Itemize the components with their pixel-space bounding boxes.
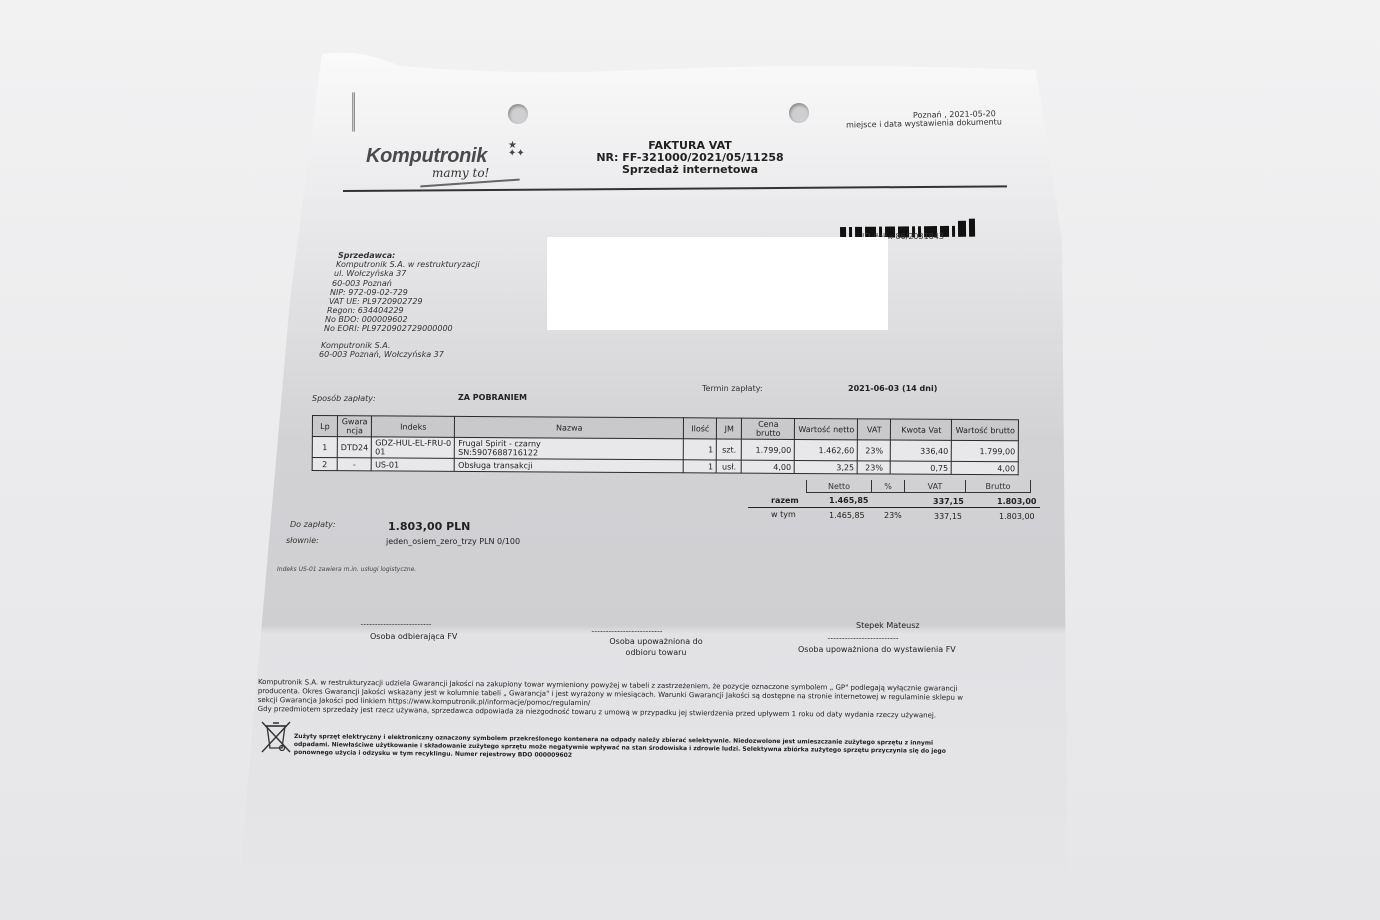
cell-gwarancja: -: [337, 458, 371, 471]
cell-ilosc: 1: [684, 460, 717, 473]
cell-lp: 2: [312, 458, 337, 471]
amount-words-value: jeden_osiem_zero_trzy PLN 0/100: [386, 537, 520, 546]
summary-col-netto: Netto: [807, 480, 872, 493]
summary-total-netto: 1.465,85: [829, 496, 868, 505]
summary-breakdown-label: w tym: [771, 510, 796, 519]
cell-lp: 1: [312, 437, 337, 458]
cell-vat: 23%: [858, 461, 891, 474]
col-wartosc-netto: Wartość netto: [795, 418, 858, 439]
punch-hole-right: [789, 103, 809, 123]
summary-header: Netto % VAT Brutto: [806, 480, 1031, 493]
summary-total-label: razem: [771, 496, 799, 505]
amount-due-label: Do zapłaty:: [290, 520, 336, 529]
cell-wartosc-brutto: 4,00: [952, 461, 1019, 474]
payment-term-label: Termin zapłaty:: [702, 384, 763, 393]
signature-authorized-receive-caption: Osoba upoważniona do odbioru towaru: [598, 636, 714, 658]
caption-line: odbioru towaru: [598, 647, 714, 658]
amount-words-label: słownie:: [286, 536, 319, 545]
staple: [352, 92, 355, 132]
col-indeks: Indeks: [372, 416, 455, 438]
punch-hole-left: [508, 104, 528, 124]
payment-term-value: 2021-06-03 (14 dni): [848, 384, 937, 393]
cell-vat: 23%: [858, 440, 891, 461]
summary-breakdown-pct: 23%: [884, 511, 902, 520]
signature-issuer-caption: Osoba upoważniona do wystawienia FV: [798, 644, 956, 655]
items-table: Lp Gwara ncja Indeks Nazwa Ilość JM Cena…: [312, 415, 1020, 475]
col-jm: JM: [717, 418, 742, 439]
stars-icon: ★✦✦: [508, 142, 525, 158]
cell-indeks: GDZ-HUL-EL-FRU-001: [372, 437, 455, 459]
summary-col-vat: VAT: [905, 480, 966, 493]
signature-receiver-caption: Osoba odbierająca FV: [370, 631, 457, 642]
cell-indeks: US-01: [372, 458, 455, 472]
buyer-redacted-block: [547, 237, 888, 330]
amount-due-value: 1.803,00 PLN: [388, 520, 470, 533]
col-lp: Lp: [312, 416, 337, 437]
col-nazwa: Nazwa: [455, 416, 684, 438]
issuer-name: Stepek Mateusz: [856, 620, 920, 631]
warranty-text: Komputronik S.A. w restrukturyzacji udzi…: [258, 678, 963, 721]
cell-jm: usł.: [717, 460, 742, 473]
crossed-bin-icon: [258, 718, 294, 754]
signature-line-receiver: ........................................…: [360, 618, 431, 627]
cell-kwota-vat: 0,75: [891, 461, 952, 474]
signature-line-issuer: ........................................…: [827, 632, 898, 641]
summary-total-vat: 337,15: [933, 497, 964, 506]
caption-line: Osoba upoważniona do: [598, 636, 714, 647]
cell-cena-brutto: 4,00: [742, 460, 795, 473]
invoice-subtitle: Sprzedaż internetowa: [560, 164, 820, 176]
payment-method-value: ZA POBRANIEM: [458, 393, 527, 402]
cell-wartosc-brutto: 1.799,00: [952, 440, 1019, 461]
col-gwarancja: Gwara ncja: [337, 416, 372, 437]
cell-wartosc-netto: 1.462,60: [795, 439, 858, 460]
brand-logo: Komputronik: [366, 145, 487, 168]
cell-jm: szt.: [717, 439, 742, 460]
col-kwota-vat: Kwota Vat: [891, 419, 952, 440]
invoice-note: Indeks US-01 zawiera m.in. usługi logist…: [277, 566, 416, 573]
cell-nazwa: Obsługa transakcji: [455, 458, 684, 472]
seller-address-line: 60-003 Poznań, Wołczyńska 37: [319, 350, 444, 360]
cell-wartosc-netto: 3,25: [795, 460, 858, 473]
cell-kwota-vat: 336,40: [891, 440, 952, 461]
invoice-photo: Komputronik ★✦✦ mamy to! FAKTURA VAT NR:…: [0, 0, 1380, 920]
col-ilosc: Ilość: [684, 418, 717, 439]
col-vat: VAT: [858, 419, 891, 440]
invoice-title-block: FAKTURA VAT NR: FF-321000/2021/05/11258 …: [560, 140, 820, 176]
summary-breakdown-vat: 337,15: [934, 512, 962, 521]
summary-breakdown-brutto: 1.803,00: [999, 512, 1035, 521]
col-wartosc-brutto: Wartość brutto: [952, 419, 1019, 440]
summary-divider: [748, 507, 1040, 508]
summary-col-brutto: Brutto: [966, 480, 1031, 493]
signature-line-authorized-receive: ........................................…: [591, 625, 662, 634]
cell-ilosc: 1: [684, 439, 717, 460]
cell-nazwa: Frugal Spirit - czarnySN:5907688716122: [455, 437, 684, 459]
summary-total-brutto: 1.803,00: [997, 497, 1036, 506]
seller-line: No EORI: PL9720902729000000: [324, 324, 453, 334]
cell-gwarancja: DTD24: [337, 437, 372, 458]
cell-cena-brutto: 1.799,00: [742, 439, 795, 460]
brand-tagline: mamy to!: [432, 166, 489, 180]
seller-line: ul. Wołczyńska 37: [334, 269, 406, 279]
col-cena-brutto: Cena brutto: [742, 418, 795, 439]
item-serial: SN:5907688716122: [458, 448, 680, 458]
summary-col-pct: %: [872, 480, 905, 493]
summary-breakdown-netto: 1.465,85: [829, 511, 865, 520]
payment-method-label: Sposób zapłaty:: [312, 394, 376, 403]
